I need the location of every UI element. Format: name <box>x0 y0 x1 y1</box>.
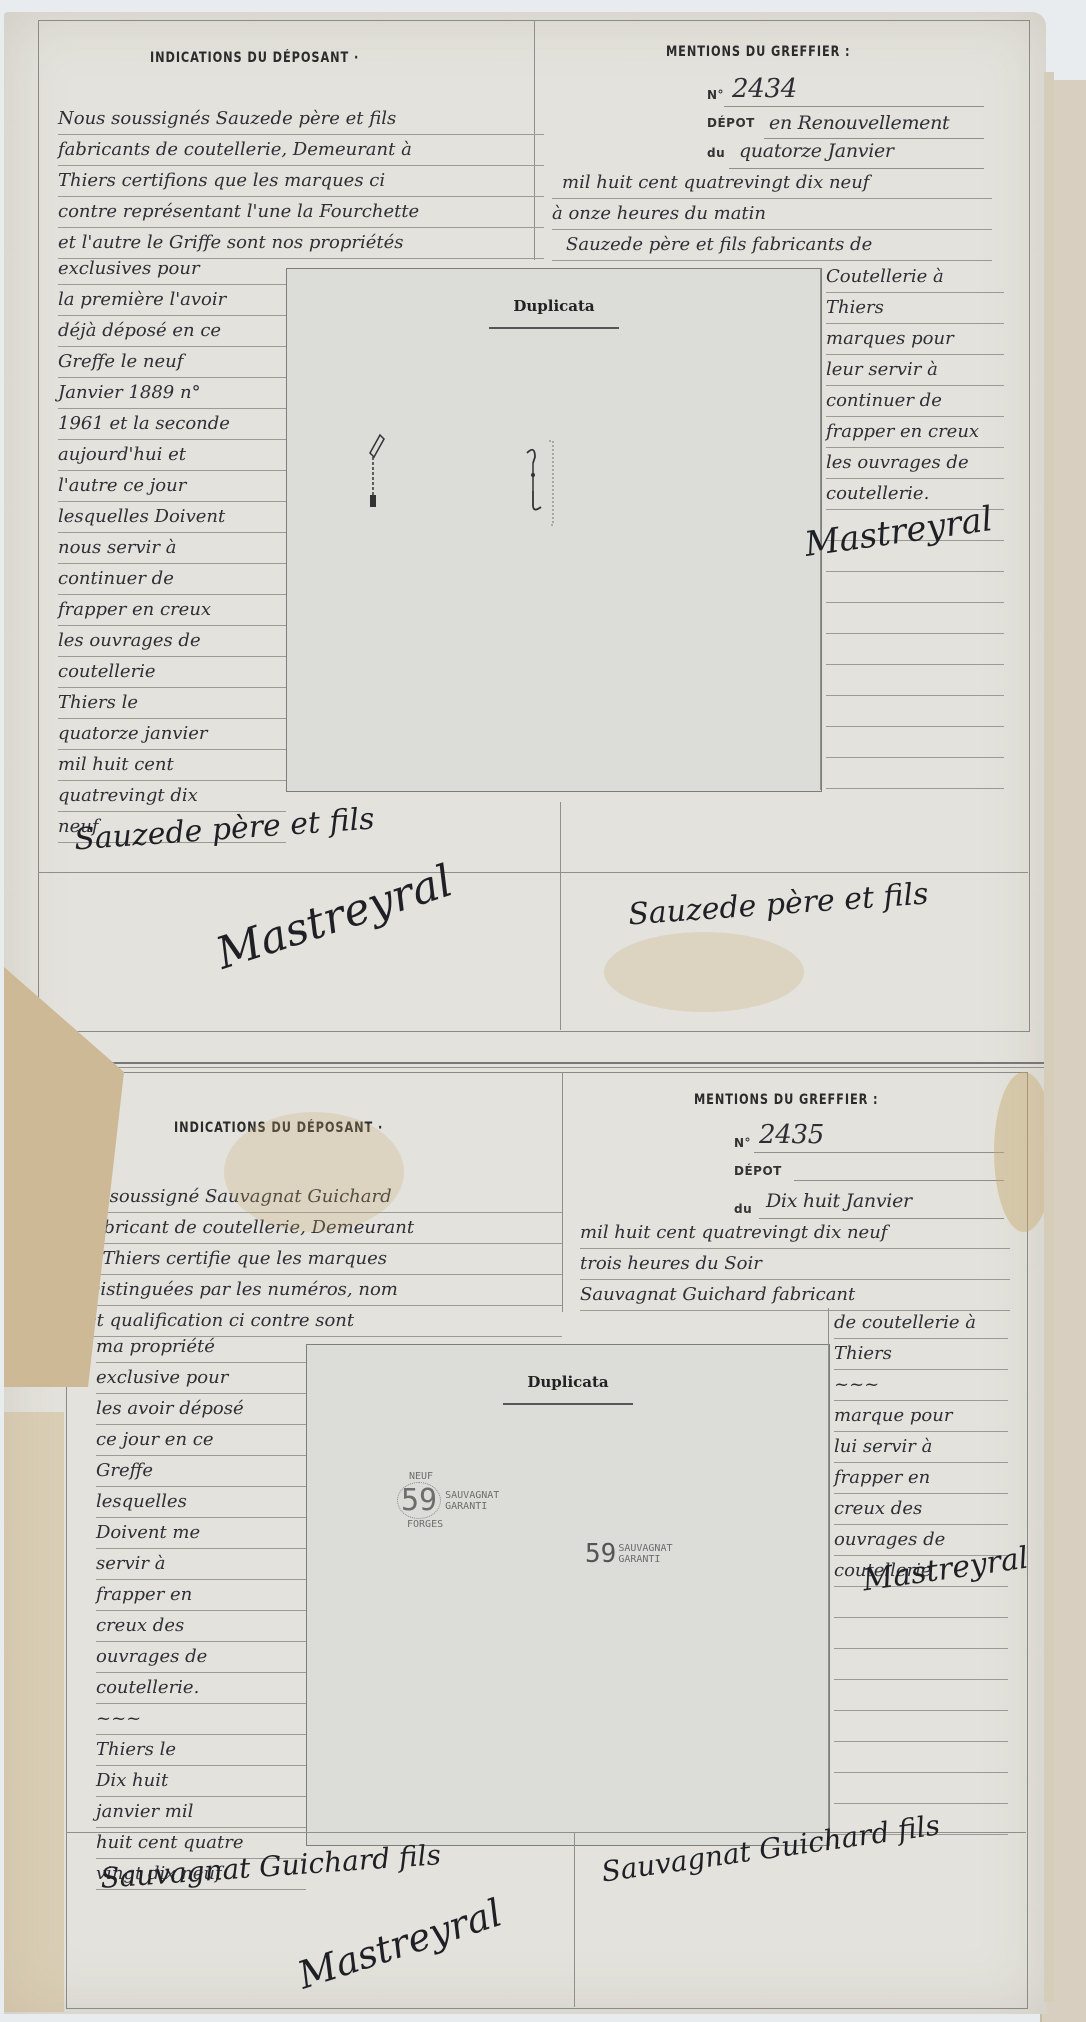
depositant-line: coutellerie. <box>96 1673 306 1704</box>
depositant-line: Dix huit <box>96 1766 306 1797</box>
deposit-record-2435: INDICATIONS DU DÉPOSANT · MENTIONS DU GR… <box>4 1072 1046 2012</box>
blank-line <box>834 1773 1008 1804</box>
deposit-number: 2435 <box>759 1120 824 1150</box>
duplicata-underline <box>489 327 619 329</box>
depositant-line: à Thiers certifie que les marques <box>86 1244 562 1275</box>
depot-label: DÉPOT <box>734 1164 782 1178</box>
depositant-column: exclusives pour la première l'avoir déjà… <box>58 254 286 843</box>
deposit-record-2434: INDICATIONS DU DÉPOSANT · MENTIONS DU GR… <box>4 12 1046 1062</box>
depositant-line: Janvier 1889 n° <box>58 378 286 409</box>
depositant-line: aujourd'hui et <box>58 440 286 471</box>
greffier-line: ~~~ <box>834 1370 1008 1401</box>
greffier-line: marque pour <box>834 1401 1008 1432</box>
water-stain <box>604 932 804 1012</box>
greffier-line: marques pour <box>826 324 1004 355</box>
depositant-line: ~~~ <box>96 1704 306 1735</box>
stamp-brand: SAUVAGNAT <box>445 1490 499 1501</box>
rule <box>754 1152 1004 1153</box>
signature-row-divider <box>38 872 1028 873</box>
depot-value: en Renouvellement <box>769 112 949 134</box>
edge-stain <box>4 1412 64 2012</box>
depositant-line: exclusive pour <box>96 1363 306 1394</box>
stamp-number: 59 <box>585 1539 616 1569</box>
blank-line <box>826 665 1004 696</box>
depositant-line: frapper en creux <box>58 595 286 626</box>
du-value: quatorze Janvier <box>739 140 894 162</box>
greffier-header: MENTIONS DU GREFFIER : <box>694 1092 879 1108</box>
depositant-line: continuer de <box>58 564 286 595</box>
column-divider <box>562 1072 563 1312</box>
blank-line <box>826 696 1004 727</box>
rule <box>764 138 984 139</box>
greffier-line: leur servir à <box>826 355 1004 386</box>
depositant-line: les ouvrages de <box>58 626 286 657</box>
blank-line <box>834 1680 1008 1711</box>
signature-column-divider <box>560 802 561 1030</box>
trademark-stamp-circular: NEUF 59 SAUVAGNAT GARANTI FORGES <box>397 1471 499 1530</box>
hook-mark-icon <box>519 439 559 529</box>
blank-line <box>834 1618 1008 1649</box>
signature-column-divider <box>574 1832 575 2007</box>
depositant-line: janvier mil <box>96 1797 306 1828</box>
depositant-line: Distinguées par les numéros, nom <box>86 1275 562 1306</box>
greffier-line: Sauzede père et fils fabricants de <box>552 230 992 261</box>
greffier-line: Sauvagnat Guichard fabricant <box>580 1280 1010 1311</box>
stamp-garanti: GARANTI <box>618 1554 672 1565</box>
greffier-line: frapper en creux <box>826 417 1004 448</box>
water-stain <box>224 1112 404 1232</box>
depositant-line: frapper en <box>96 1580 306 1611</box>
du-value: Dix huit Janvier <box>766 1190 912 1212</box>
greffier-line: mil huit cent quatrevingt dix neuf <box>552 168 992 199</box>
du-label: du <box>707 146 725 160</box>
depositant-line: 1961 et la seconde <box>58 409 286 440</box>
blank-line <box>834 1742 1008 1773</box>
depositant-line: servir à <box>96 1549 306 1580</box>
greffier-line: Thiers <box>826 293 1004 324</box>
stamp-brand: SAUVAGNAT <box>618 1543 672 1554</box>
du-label: du <box>734 1202 752 1216</box>
greffier-lines: mil huit cent quatrevingt dix neuf à onz… <box>552 168 992 261</box>
depositant-line: ce jour en ce <box>96 1425 306 1456</box>
depositant-line: Nous soussignés Sauzede père et fils <box>58 104 544 135</box>
depositant-line: ouvrages de <box>96 1642 306 1673</box>
depositant-line: contre représentant l'une la Fourchette <box>58 197 544 228</box>
depositant-line: fabricants de coutellerie, Demeurant à <box>58 135 544 166</box>
depositant-line: la première l'avoir <box>58 285 286 316</box>
depositant-line: lesquelles Doivent <box>58 502 286 533</box>
greffier-line: creux des <box>834 1494 1008 1525</box>
greffier-line: les ouvrages de <box>826 448 1004 479</box>
blank-line <box>834 1711 1008 1742</box>
depositant-line: Thiers certifions que les marques ci <box>58 166 544 197</box>
depositant-line: quatorze janvier <box>58 719 286 750</box>
depositant-line: déjà déposé en ce <box>58 316 286 347</box>
stamp-top-text: NEUF <box>409 1471 499 1482</box>
depositant-line: Doivent me <box>96 1518 306 1549</box>
register-page: INDICATIONS DU DÉPOSANT · MENTIONS DU GR… <box>4 12 1046 2014</box>
depositant-line: Thiers le <box>96 1735 306 1766</box>
rule <box>724 106 984 107</box>
blank-line <box>834 1649 1008 1680</box>
record-separator <box>54 1062 1044 1064</box>
greffier-header: MENTIONS DU GREFFIER : <box>666 44 851 60</box>
number-label: N° <box>707 88 724 102</box>
number-label: N° <box>734 1136 751 1150</box>
depositant-line: l'autre ce jour <box>58 471 286 502</box>
depot-label: DÉPOT <box>707 116 755 130</box>
greffier-lines: mil huit cent quatrevingt dix neuf trois… <box>580 1218 1010 1311</box>
duplicata-box: Duplicata NEUF 59 SAUVAGNAT GARANTI FORG… <box>306 1344 830 1846</box>
duplicata-title: Duplicata <box>287 297 821 315</box>
depositant-line: quatrevingt dix <box>58 781 286 812</box>
duplicata-title: Duplicata <box>307 1373 829 1391</box>
column-divider <box>828 1308 829 1844</box>
deposit-number: 2434 <box>732 74 797 104</box>
greffier-line: trois heures du Soir <box>580 1249 1010 1280</box>
duplicata-box: Duplicata <box>286 268 822 792</box>
blank-line <box>826 572 1004 603</box>
blank-line <box>826 727 1004 758</box>
depositant-line: les avoir déposé <box>96 1394 306 1425</box>
greffier-line: Coutellerie à <box>826 262 1004 293</box>
blank-line <box>834 1587 1008 1618</box>
depositant-line: creux des <box>96 1611 306 1642</box>
depositant-column: ma propriété exclusive pour les avoir dé… <box>96 1332 306 1890</box>
depositant-line: exclusives pour <box>58 254 286 285</box>
greffier-line: frapper en <box>834 1463 1008 1494</box>
blank-line <box>826 603 1004 634</box>
stamp-garanti: GARANTI <box>445 1501 499 1512</box>
trademark-stamp-plain: 59 SAUVAGNAT GARANTI <box>585 1539 673 1569</box>
depositant-line: nous servir à <box>58 533 286 564</box>
depositant-line: mil huit cent <box>58 750 286 781</box>
greffier-line: de coutellerie à <box>834 1308 1008 1339</box>
depositant-line: Greffe le neuf <box>58 347 286 378</box>
depositant-line: coutellerie <box>58 657 286 688</box>
stamp-bottom-text: FORGES <box>407 1519 499 1530</box>
depositant-line: ma propriété <box>96 1332 306 1363</box>
stamp-number: 59 <box>397 1482 441 1519</box>
greffier-line: à onze heures du matin <box>552 199 992 230</box>
greffier-line: lui servir à <box>834 1432 1008 1463</box>
duplicata-underline <box>503 1403 633 1405</box>
water-stain <box>994 1072 1054 1232</box>
rule <box>794 1180 1004 1181</box>
greffier-line: continuer de <box>826 386 1004 417</box>
depositant-header: INDICATIONS DU DÉPOSANT · <box>150 50 359 66</box>
greffier-line: Thiers <box>834 1339 1008 1370</box>
depositant-wide-lines: Nous soussignés Sauzede père et fils fab… <box>58 104 544 259</box>
depositant-line: Thiers le <box>58 688 286 719</box>
fork-mark-icon <box>362 431 392 511</box>
greffier-line: mil huit cent quatrevingt dix neuf <box>580 1218 1010 1249</box>
blank-line <box>826 634 1004 665</box>
blank-line <box>826 758 1004 789</box>
depositant-line: lesquelles <box>96 1487 306 1518</box>
record-separator <box>54 1067 1044 1068</box>
depositant-line: Greffe <box>96 1456 306 1487</box>
